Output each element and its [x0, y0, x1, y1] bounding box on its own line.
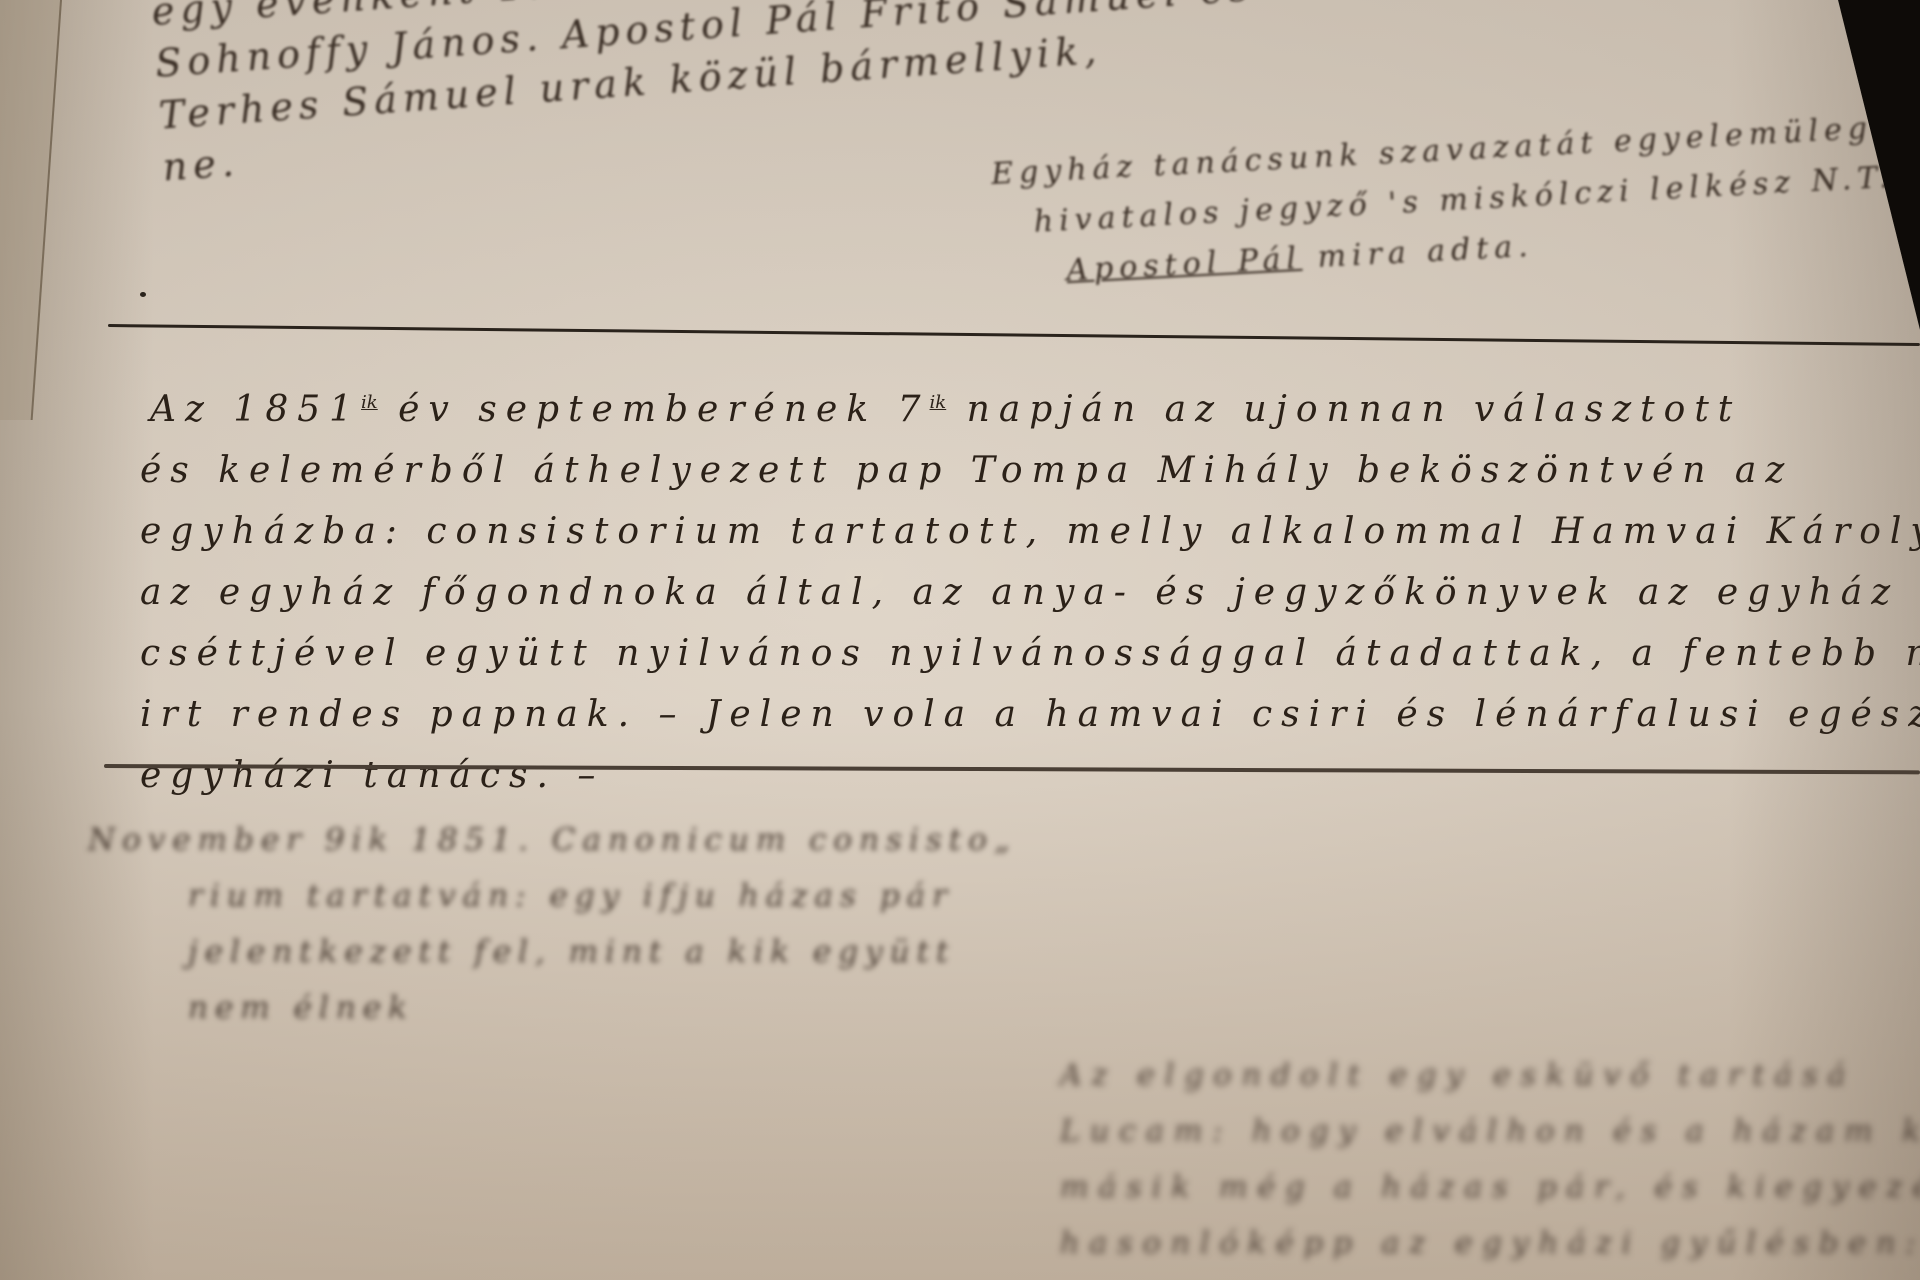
entry-line: rium tartatván: egy ifju házas pár [188, 868, 1017, 924]
entry-line: Az 1851ik év septemberének 7ik napján az… [150, 372, 1920, 440]
entry-line: az egyház főgondnoka által, az anya- és … [140, 562, 1920, 623]
margin-line: Az elgondolt egy esküvő tartásá [1060, 1048, 1920, 1104]
entry-line: November 9ik 1851. Canonicum consisto„ [88, 812, 1017, 868]
day-suffix: ik [930, 392, 947, 413]
section-divider [108, 324, 1920, 346]
main-entry: Az 1851ik év septemberének 7ik napján az… [140, 372, 1920, 806]
entry-year: 1851 [233, 389, 361, 430]
ink-dot [140, 292, 146, 297]
entry-line: egyházi tanács. – [140, 745, 1920, 806]
year-suffix: ik [361, 392, 378, 413]
signature-name: Apostol Pál [1066, 241, 1303, 288]
book-binding-edge [0, 0, 62, 420]
top-right-note: Egyház tanácsunk szavazatát egyelemüleg … [990, 103, 1898, 300]
register-page: egy evenkent 1. kezi ferfiak illeszt ut.… [0, 0, 1920, 1280]
margin-line: hasonlóképp az egyházi gyűlésben: a [1060, 1216, 1920, 1272]
entry-line: egyházba: consistorium tartatott, melly … [140, 501, 1920, 562]
entry-words: napján az ujonnan választott [967, 389, 1742, 430]
entry-words: év septemberének [398, 389, 877, 430]
margin-line: másik még a házas pár, és kiegyezé [1060, 1160, 1920, 1216]
entry-line: jelentkezett fel, mint a kik együtt [188, 924, 1017, 980]
entry-day: 7 [898, 389, 930, 430]
margin-note: Az elgondolt egy esküvő tartásá Lucam: h… [1060, 1048, 1920, 1272]
entry-line: nem élnek [188, 980, 1017, 1036]
entry-line: cséttjével együtt nyilvános nyilvánosság… [140, 623, 1920, 684]
november-entry: November 9ik 1851. Canonicum consisto„ r… [88, 812, 1017, 1036]
entry-line: irt rendes papnak. – Jelen vola a hamvai… [140, 684, 1920, 745]
entry-word: Az [150, 389, 213, 430]
entry-line: és kelemérből áthelyezett pap Tompa Mihá… [140, 440, 1920, 501]
margin-line: Lucam: hogy elválhon és a házam ke [1060, 1104, 1920, 1160]
signature-suffix: mira adta. [1317, 229, 1535, 275]
